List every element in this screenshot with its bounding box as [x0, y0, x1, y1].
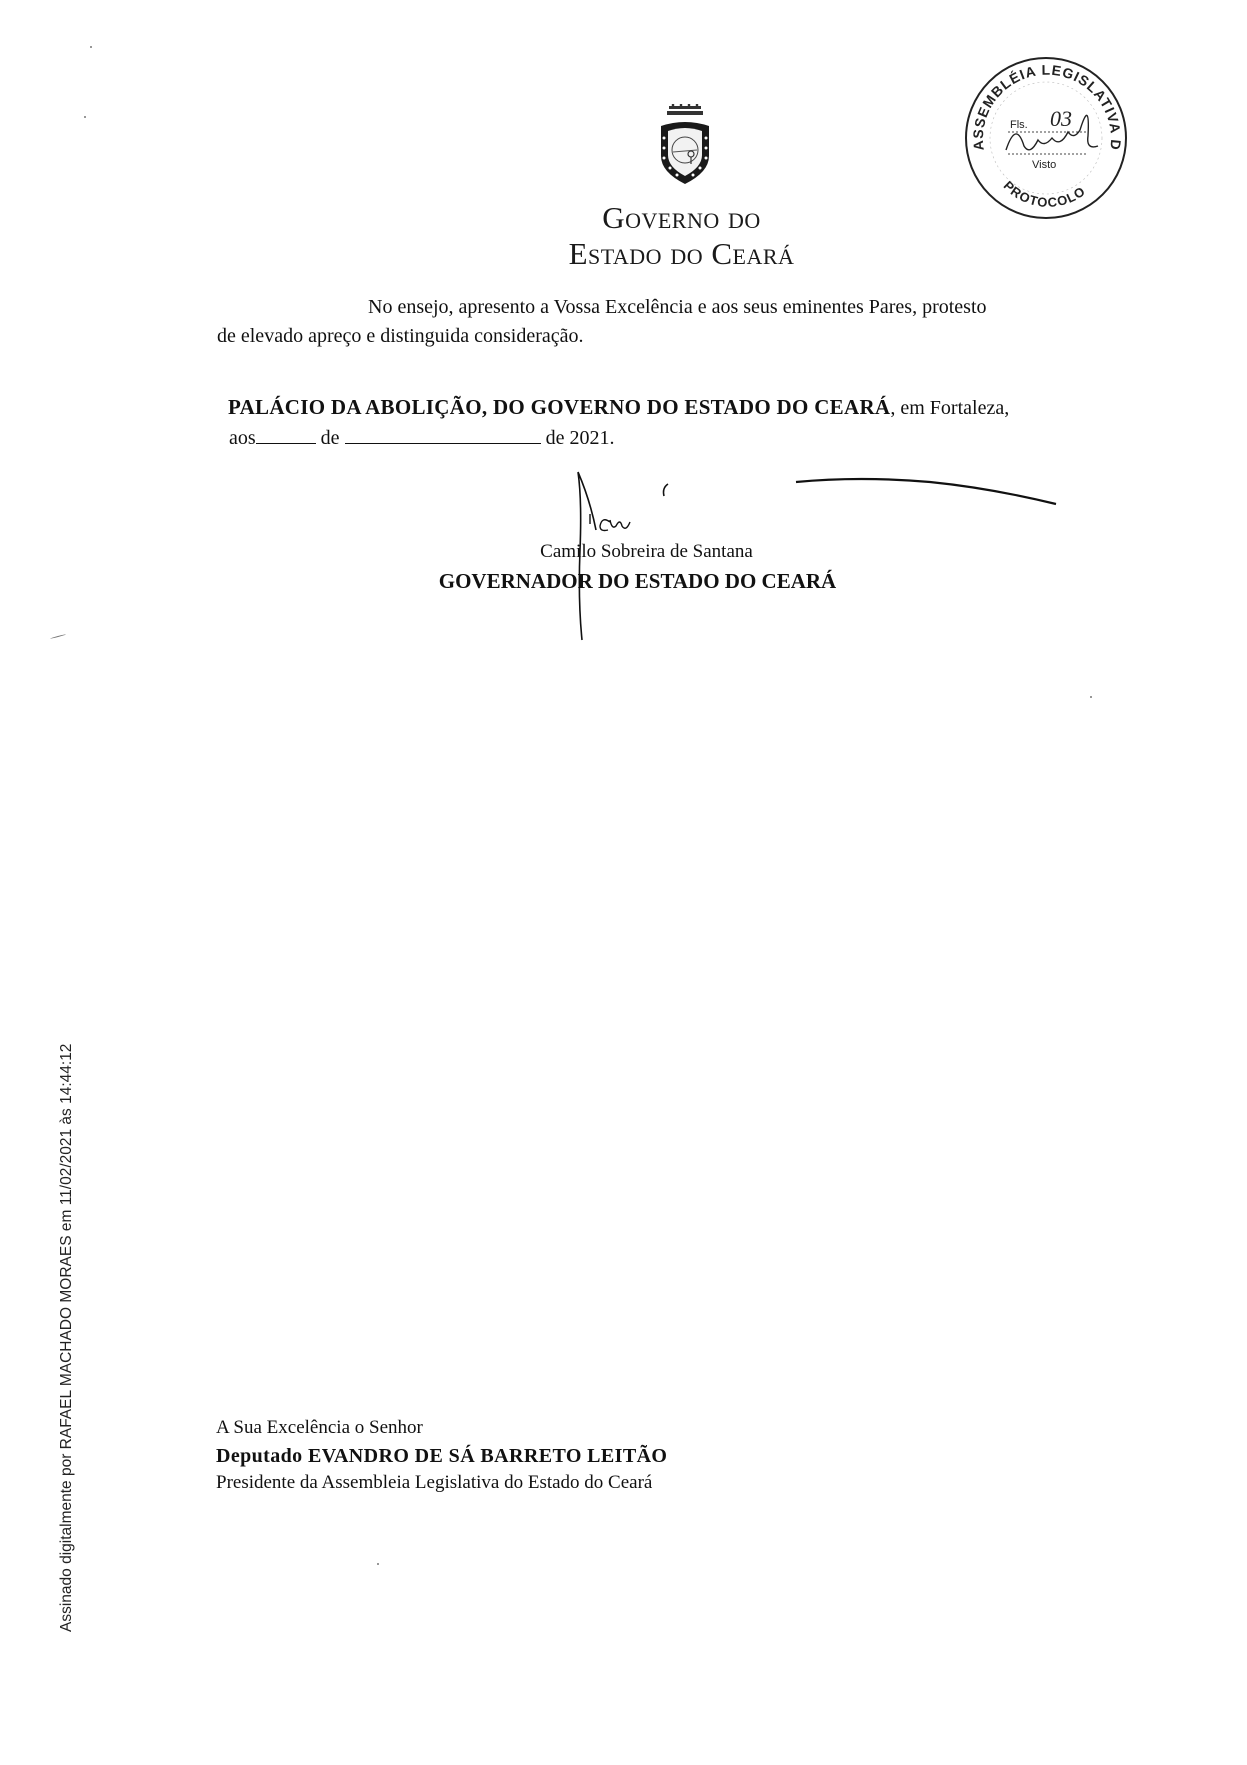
addressee-position: Presidente da Assembleia Legislativa do …: [216, 1472, 652, 1494]
header-state-title: Estado do Ceará: [58, 236, 1247, 272]
day-blank: [256, 442, 316, 444]
date-line: aos de de 2021.: [229, 427, 614, 450]
date-year-text: de 2021.: [546, 427, 615, 449]
signer-title: GOVERNADOR DO ESTADO DO CEARÁ: [0, 569, 1247, 594]
scan-speck: [377, 1563, 379, 1565]
protocol-stamp-icon: ASSEMBLÉIA LEGISLATIVA DO CEARÁ PROTOCOL…: [958, 50, 1134, 226]
place-city-text: , em Fortaleza,: [890, 397, 1009, 419]
scan-speck: [90, 46, 92, 48]
place-line: PALÁCIO DA ABOLIÇÃO, DO GOVERNO DO ESTAD…: [228, 395, 1009, 420]
svg-text:03: 03: [1050, 106, 1072, 131]
scan-speck: [1090, 696, 1092, 698]
state-coat-of-arms-icon: [655, 104, 715, 186]
scan-speck: [84, 116, 86, 118]
svg-text:Fls.: Fls.: [1010, 119, 1028, 131]
svg-text:Visto: Visto: [1032, 159, 1056, 171]
date-de-label: de: [321, 427, 340, 449]
closing-paragraph-line1: No ensejo, apresento a Vossa Excelência …: [368, 296, 987, 319]
month-blank: [345, 442, 541, 444]
addressee-name: Deputado EVANDRO DE SÁ BARRETO LEITÃO: [216, 1445, 667, 1468]
place-bold-text: PALÁCIO DA ABOLIÇÃO, DO GOVERNO DO ESTAD…: [228, 395, 890, 419]
svg-text:ASSEMBLÉIA LEGISLATIVA DO CEAR: ASSEMBLÉIA LEGISLATIVA DO CEARÁ: [958, 50, 1124, 151]
closing-paragraph-line2: de elevado apreço e distinguida consider…: [217, 325, 584, 348]
signer-name: Camilo Sobreira de Santana: [0, 541, 1247, 563]
scan-speck: [50, 634, 66, 639]
digital-signature-note: Assinado digitalmente por RAFAEL MACHADO…: [58, 1044, 76, 1632]
addressee-salutation: A Sua Excelência o Senhor: [216, 1417, 423, 1439]
date-aos-label: aos: [229, 427, 256, 449]
svg-text:PROTOCOLO: PROTOCOLO: [1001, 178, 1089, 210]
